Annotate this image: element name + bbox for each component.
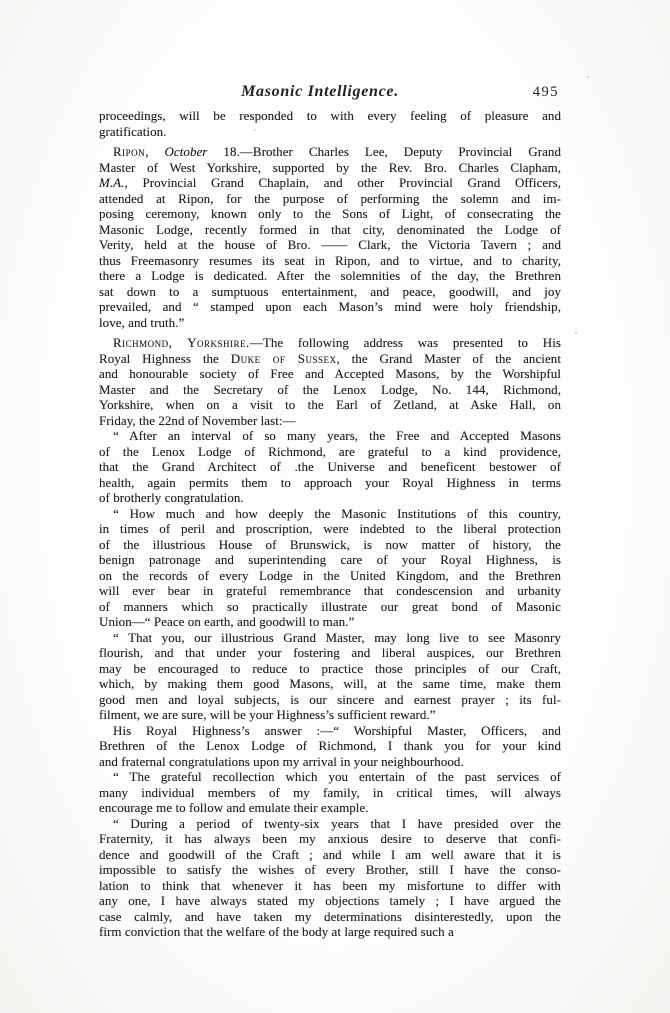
smallcaps-text: Ripon <box>113 144 145 159</box>
paragraph: His Royal Highness’s answer :—“ Worshipf… <box>99 723 561 770</box>
text-line: dence and goodwill of the Craft ; and wh… <box>99 847 561 863</box>
text-line: “ After an interval of so many years, th… <box>99 428 561 444</box>
italic-text: M.A., <box>99 175 128 190</box>
text-line: firm conviction that the welfare of the … <box>99 924 561 940</box>
text-line: Brethren of the Lenox Lodge of Richmond,… <box>99 738 561 754</box>
text-line: may be encouraged to reduce to practice … <box>99 661 561 677</box>
text-segment: Verity, held at the house of Bro. —— Cla… <box>99 237 561 252</box>
text-segment: “ After an interval of so many years, th… <box>113 428 561 443</box>
text-segment: that the Grand Architect of .the Univers… <box>99 459 561 474</box>
text-segment: “ That you, our illustrious Grand Master… <box>113 630 561 645</box>
text-line: any one, I have always stated my objecti… <box>99 893 561 909</box>
text-line: proceedings, will be responded to with e… <box>99 108 561 124</box>
text-line: Masonic Lodge, recently formed in that c… <box>99 222 561 238</box>
text-segment: proceedings, will be responded to with e… <box>99 108 561 123</box>
text-line: benign patronage and superintending care… <box>99 552 561 568</box>
text-segment: health, again permits them to approach y… <box>99 475 561 490</box>
scan-speck <box>587 76 589 78</box>
text-line: good men and loyal subjects, is our sinc… <box>99 692 561 708</box>
text-segment: will ever bear in grateful remembrance t… <box>99 583 561 598</box>
text-line: filment, we are sure, will be your Highn… <box>99 707 561 723</box>
text-line: of brotherly congratulation. <box>99 490 561 506</box>
paragraph: Richmond, Yorkshire.—The following addre… <box>99 335 561 428</box>
text-line: case calmly, and have taken my determina… <box>99 909 561 925</box>
text-segment: Brethren of the Lenox Lodge of Richmond,… <box>99 738 561 753</box>
text-line: Ripon, October 18.—Brother Charles Lee, … <box>99 144 561 160</box>
text-line: “ That you, our illustrious Grand Master… <box>99 630 561 646</box>
text-segment: attended at Ripon, for the purpose of pe… <box>99 191 561 206</box>
text-line: encourage me to follow and emulate their… <box>99 800 561 816</box>
text-line: lation to think that whenever it has bee… <box>99 878 561 894</box>
smallcaps-text: Duke of Sussex <box>231 351 337 366</box>
text-segment: posing ceremony, known only to the Sons … <box>99 206 561 221</box>
text-segment: Fraternity, it has always been my anxiou… <box>99 831 561 846</box>
text-line: thus Freemasonry resumes its seat in Rip… <box>99 253 561 269</box>
text-segment: love, and truth.” <box>99 315 184 330</box>
smallcaps-text: Richmond, Yorkshire. <box>113 335 250 350</box>
text-line: which, by making them good Masons, will,… <box>99 676 561 692</box>
text-line: impossible to satisfy the wishes of ever… <box>99 862 561 878</box>
text-segment: and fraternal congratulations upon my ar… <box>99 754 464 769</box>
italic-text: October <box>164 144 207 159</box>
text-line: Fraternity, it has always been my anxiou… <box>99 831 561 847</box>
paragraph: “ How much and how deeply the Masonic In… <box>99 506 561 630</box>
text-segment: which, by making them good Masons, will,… <box>99 676 561 691</box>
text-line: Verity, held at the house of Bro. —— Cla… <box>99 237 561 253</box>
text-segment: Masonic Lodge, recently formed in that c… <box>99 222 561 237</box>
paragraph: Ripon, October 18.—Brother Charles Lee, … <box>99 144 561 330</box>
text-line: and honourable society of Free and Accep… <box>99 366 561 382</box>
paragraph: “ The grateful recollection which you en… <box>99 769 561 816</box>
text-line: health, again permits them to approach y… <box>99 475 561 491</box>
text-line: Master and the Secretary of the Lenox Lo… <box>99 382 561 398</box>
text-line: gratification. <box>99 124 561 140</box>
text-line: Royal Highness the Duke of Sussex, the G… <box>99 351 561 367</box>
text-line: Union—“ Peace on earth, and goodwill to … <box>99 614 561 630</box>
text-segment: of the illustrious House of Brunswick, i… <box>99 537 561 552</box>
page-number: 495 <box>533 84 559 101</box>
paragraph: proceedings, will be responded to with e… <box>99 108 561 139</box>
text-segment: Master of West Yorkshire, supported by t… <box>99 160 561 175</box>
text-line: “ During a period of twenty-six years th… <box>99 816 561 832</box>
text-line: of the illustrious House of Brunswick, i… <box>99 537 561 553</box>
running-header: Masonic Intelligence. 495 <box>99 83 561 103</box>
text-line: “ How much and how deeply the Masonic In… <box>99 506 561 522</box>
text-line: Friday, the 22nd of November last:— <box>99 413 561 429</box>
text-segment: and honourable society of Free and Accep… <box>99 366 561 381</box>
text-segment: case calmly, and have taken my determina… <box>99 909 561 924</box>
text-segment: Royal Highness the <box>99 351 231 366</box>
text-segment: , the Grand Master of the ancient <box>336 351 561 366</box>
text-line: there a Lodge is dedicated. After the so… <box>99 268 561 284</box>
text-segment: thus Freemasonry resumes its seat in Rip… <box>99 253 561 268</box>
text-segment: sat down to a sumptuous entertainment, a… <box>99 284 561 299</box>
text-line: M.A., Provincial Grand Chaplain, and oth… <box>99 175 561 191</box>
text-segment: of the Lenox Lodge of Richmond, are grat… <box>99 444 561 459</box>
text-line: will ever bear in grateful remembrance t… <box>99 583 561 599</box>
page-body: proceedings, will be responded to with e… <box>99 108 561 940</box>
text-segment: lation to think that whenever it has bee… <box>99 878 561 893</box>
text-line: prevailed, and “ stamped upon each Mason… <box>99 299 561 315</box>
text-line: posing ceremony, known only to the Sons … <box>99 206 561 222</box>
text-line: Richmond, Yorkshire.—The following addre… <box>99 335 561 351</box>
text-segment: prevailed, and “ stamped upon each Mason… <box>99 299 561 314</box>
text-segment: of manners which so practically illustra… <box>99 599 561 614</box>
text-segment: impossible to satisfy the wishes of ever… <box>99 862 561 877</box>
text-segment: Yorkshire, when on a visit to the Earl o… <box>99 397 561 412</box>
text-line: flourish, and that under your fostering … <box>99 645 561 661</box>
text-segment: Master and the Secretary of the Lenox Lo… <box>99 382 561 397</box>
text-line: His Royal Highness’s answer :—“ Worshipf… <box>99 723 561 739</box>
text-segment: of brotherly congratulation. <box>99 490 244 505</box>
text-segment: there a Lodge is dedicated. After the so… <box>99 268 561 283</box>
text-segment: many individual members of my family, in… <box>99 785 561 800</box>
text-segment: gratification. <box>99 124 166 139</box>
text-line: and fraternal congratulations upon my ar… <box>99 754 561 770</box>
text-segment: Friday, the 22nd of November last:— <box>99 413 296 428</box>
text-line: on the records of every Lodge in the Uni… <box>99 568 561 584</box>
text-line: Yorkshire, when on a visit to the Earl o… <box>99 397 561 413</box>
text-segment: dence and goodwill of the Craft ; and wh… <box>99 847 561 862</box>
text-segment: good men and loyal subjects, is our sinc… <box>99 692 561 707</box>
text-segment: firm conviction that the welfare of the … <box>99 924 454 939</box>
paragraph: “ That you, our illustrious Grand Master… <box>99 630 561 723</box>
text-segment: Union—“ Peace on earth, and goodwill to … <box>99 614 354 629</box>
text-segment: encourage me to follow and emulate their… <box>99 800 369 815</box>
text-segment: Provincial Grand Chaplain, and other Pro… <box>128 175 561 190</box>
paragraph: “ During a period of twenty-six years th… <box>99 816 561 940</box>
text-segment: His Royal Highness’s answer :—“ Worshipf… <box>113 723 561 738</box>
text-line: of manners which so practically illustra… <box>99 599 561 615</box>
text-segment: 18.—Brother Charles Lee, Deputy Provinci… <box>207 144 561 159</box>
scan-speck <box>575 332 577 334</box>
text-segment: filment, we are sure, will be your Highn… <box>99 707 436 722</box>
paragraph: “ After an interval of so many years, th… <box>99 428 561 506</box>
text-segment: any one, I have always stated my objecti… <box>99 893 561 908</box>
text-line: Master of West Yorkshire, supported by t… <box>99 160 561 176</box>
text-segment: , <box>145 144 164 159</box>
text-line: many individual members of my family, in… <box>99 785 561 801</box>
scan-speck <box>254 129 256 131</box>
text-segment: in times of peril and proscription, were… <box>99 521 561 536</box>
text-segment: on the records of every Lodge in the Uni… <box>99 568 561 583</box>
page-title: Masonic Intelligence. <box>89 83 551 101</box>
text-segment: “ During a period of twenty-six years th… <box>113 816 561 831</box>
text-line: love, and truth.” <box>99 315 561 331</box>
text-line: in times of peril and proscription, were… <box>99 521 561 537</box>
text-segment: —The following address was presented to … <box>250 335 561 350</box>
text-line: “ The grateful recollection which you en… <box>99 769 561 785</box>
text-line: that the Grand Architect of .the Univers… <box>99 459 561 475</box>
text-line: attended at Ripon, for the purpose of pe… <box>99 191 561 207</box>
text-line: of the Lenox Lodge of Richmond, are grat… <box>99 444 561 460</box>
text-line: sat down to a sumptuous entertainment, a… <box>99 284 561 300</box>
text-segment: may be encouraged to reduce to practice … <box>99 661 561 676</box>
text-segment: “ How much and how deeply the Masonic In… <box>113 506 561 521</box>
scanned-book-page: Masonic Intelligence. 495 proceedings, w… <box>0 0 670 1013</box>
text-segment: flourish, and that under your fostering … <box>99 645 561 660</box>
text-segment: “ The grateful recollection which you en… <box>113 769 561 784</box>
text-segment: benign patronage and superintending care… <box>99 552 561 567</box>
